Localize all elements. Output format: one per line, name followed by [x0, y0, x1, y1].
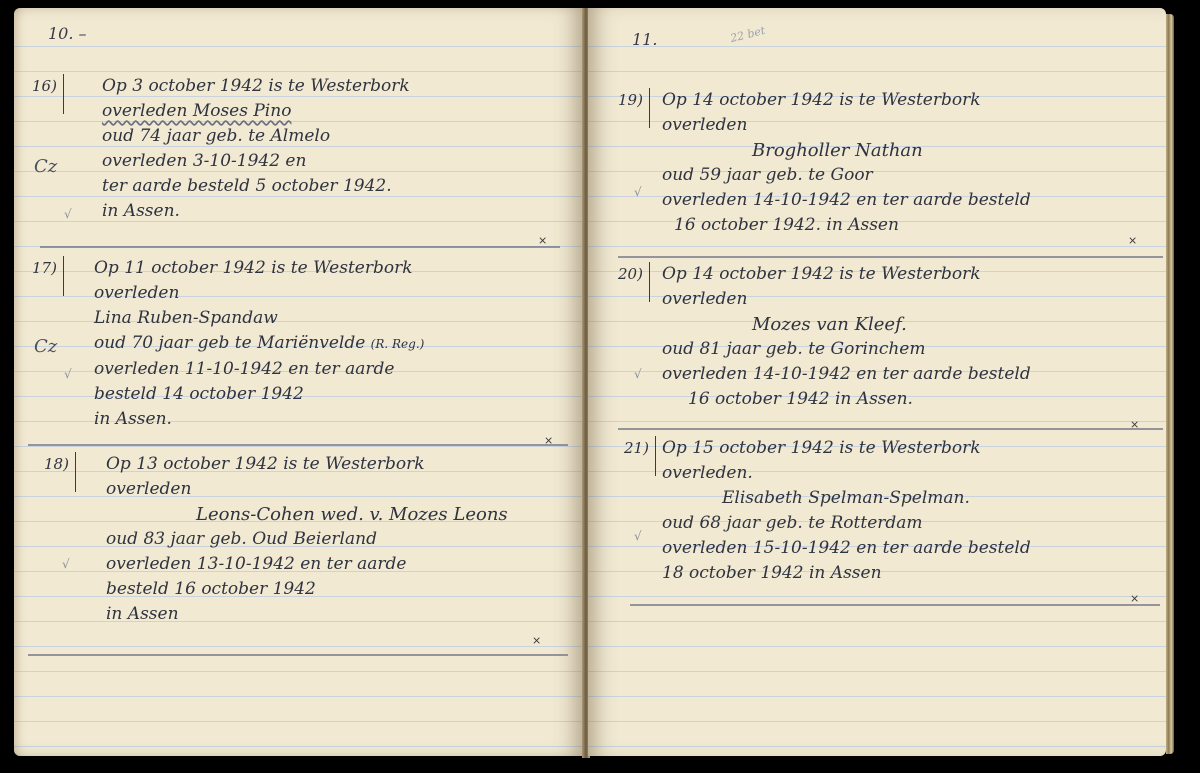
side-note: (R. Reg.) — [371, 337, 425, 351]
entry-text: Op 14 october 1942 is te Westerbork over… — [662, 262, 1031, 412]
entry-text: Op 11 october 1942 is te Westerbork over… — [94, 256, 424, 432]
entry-text: Op 14 october 1942 is te Westerbork over… — [662, 88, 1031, 238]
left-page-number: 10. – — [48, 24, 87, 43]
entry-text: Op 15 october 1942 is te Westerbork over… — [662, 436, 1031, 586]
entry-divider — [618, 428, 1163, 430]
right-page-number: 11. — [632, 30, 657, 49]
entry-number: 19) — [618, 88, 650, 128]
entry-number: 20) — [618, 262, 650, 302]
register-entry-20: 20) √ Op 14 october 1942 is te Westerbor… — [618, 262, 1158, 412]
margin-note: Cz — [34, 334, 57, 359]
entry-text: Op 3 october 1942 is te Westerbork overl… — [102, 74, 410, 224]
entry-divider — [40, 246, 560, 248]
margin-note: Cz — [34, 154, 57, 179]
page-edges — [1166, 14, 1174, 754]
cross-mark-icon: × — [532, 628, 541, 653]
entry-text: Op 13 october 1942 is te Westerbork over… — [106, 452, 508, 627]
check-mark-icon: √ — [62, 552, 70, 577]
entry-number: 16) — [32, 74, 64, 114]
check-mark-icon: √ — [64, 362, 72, 387]
register-entry-21: 21) √ Op 15 october 1942 is te Westerbor… — [624, 436, 1164, 596]
register-entry-16: 16) Cz √ Op 3 october 1942 is te Westerb… — [32, 74, 572, 234]
check-mark-icon: √ — [634, 180, 642, 205]
entry-divider — [28, 654, 568, 656]
cross-mark-icon: × — [1130, 586, 1139, 611]
entry-number: 21) — [624, 436, 656, 476]
check-mark-icon: √ — [634, 524, 642, 549]
entry-divider — [630, 604, 1160, 606]
open-register-book: 10. – 16) Cz √ Op 3 october 1942 is te W… — [0, 0, 1200, 773]
check-mark-icon: √ — [634, 362, 642, 387]
register-entry-19: 19) √ Op 14 october 1942 is te Westerbor… — [618, 88, 1158, 238]
register-entry-18: 18) √ Op 13 october 1942 is te Westerbor… — [44, 452, 574, 642]
entry-number: 17) — [32, 256, 64, 296]
entry-divider — [618, 256, 1163, 258]
entry-number: 18) — [44, 452, 76, 492]
cross-mark-icon: × — [538, 228, 547, 253]
cross-mark-icon: × — [1130, 412, 1139, 437]
cross-mark-icon: × — [1128, 228, 1137, 253]
cross-mark-icon: × — [544, 428, 553, 453]
entry-divider — [28, 444, 568, 446]
check-mark-icon: √ — [64, 202, 72, 227]
register-entry-17: 17) Cz √ Op 11 october 1942 is te Wester… — [32, 256, 572, 436]
